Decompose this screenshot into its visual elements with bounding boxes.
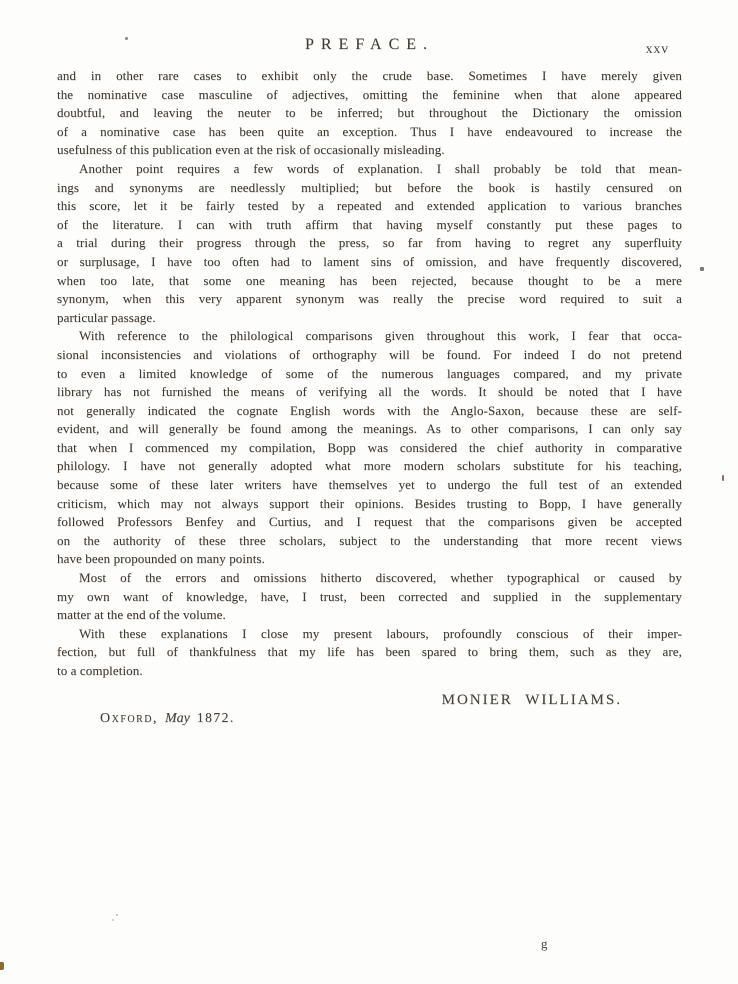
scan-speck [112,919,114,921]
text-line: ings and synonyms are needlessly multipl… [57,179,682,198]
text-line: particular passage. [57,309,682,328]
text-line: With reference to the philological compa… [57,327,682,346]
text-line: Another point requires a few words of ex… [57,160,682,179]
text-line: to a completion. [57,662,682,681]
text-line: of a nominative case has been quite an e… [57,123,682,142]
text-line: usefulness of this publication even at t… [57,141,682,160]
text-body: and in other rare cases to exhibit only … [57,67,682,681]
scan-speck [0,962,4,970]
dateline-year: 1872. [197,710,235,725]
scan-speck [116,914,118,916]
signature-mark: g [541,936,548,952]
text-line: a trial during their progress through th… [57,234,682,253]
dateline-place: Oxford, [100,711,158,726]
dateline: Oxford,May1872. [100,710,235,727]
text-line: library has not furnished the means of v… [57,383,682,402]
text-line: the nominative case masculine of adjecti… [57,86,682,105]
page-title: PREFACE. [57,36,682,54]
text-line: that when I commenced my compilation, Bo… [57,439,682,458]
text-line: synonym, when this very apparent synonym… [57,290,682,309]
text-line: philology. I have not generally adopted … [57,457,682,476]
text-line: matter at the end of the volume. [57,606,682,625]
text-line: to even a limited knowledge of some of t… [57,365,682,384]
text-line: of the literature. I can with truth affi… [57,216,682,235]
text-line: or surplusage, I have too often had to l… [57,253,682,272]
text-line: doubtful, and leaving the neuter to be i… [57,104,682,123]
scan-speck [722,475,724,481]
dateline-month: May [165,711,190,726]
scan-speck [700,267,704,271]
author-signature: MONIER WILLIAMS. [442,692,622,709]
page-number: xxv [646,41,669,57]
text-line: this score, let it be fairly tested by a… [57,197,682,216]
text-line: because some of these later writers have… [57,476,682,495]
text-line: my own want of knowledge, have, I trust,… [57,588,682,607]
text-line: evident, and will generally be found amo… [57,420,682,439]
text-line: have been propounded on many points. [57,550,682,569]
text-line: criticism, which may not always support … [57,495,682,514]
book-page: PREFACE. xxv and in other rare cases to … [0,0,738,984]
text-line: fection, but full of thankfulness that m… [57,643,682,662]
page-header: PREFACE. xxv [57,36,682,58]
text-line: Most of the errors and omissions hithert… [57,569,682,588]
text-line: when too late, that some one meaning has… [57,272,682,291]
text-line: sional inconsistencies and violations of… [57,346,682,365]
text-line: on the authority of these three scholars… [57,532,682,551]
scan-speck [125,37,128,40]
text-line: and in other rare cases to exhibit only … [57,67,682,86]
text-line: With these explanations I close my prese… [57,625,682,644]
text-line: not generally indicated the cognate Engl… [57,402,682,421]
text-line: followed Professors Benfey and Curtius, … [57,513,682,532]
